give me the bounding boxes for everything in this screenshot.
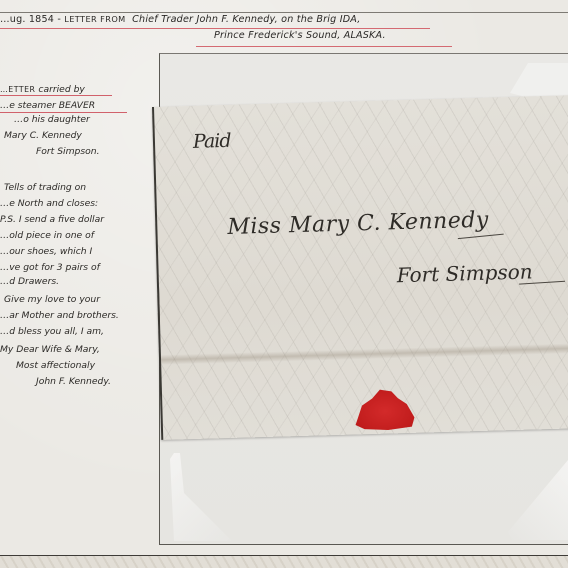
sidebar-line: …o his daughter [14,112,90,128]
sidebar-line: Most affectionaly [16,358,95,374]
sidebar-line: …our shoes, which I [0,244,92,260]
folded-letter-cover: Paid Miss Mary C. Kennedy Fort Simpson [152,95,568,440]
sidebar-line: Tells of trading on [4,180,86,196]
sidebar-line: …d Drawers. [0,274,59,290]
sidebar-line: Fort Simpson. [36,144,100,160]
bottom-strip [0,556,568,568]
sidebar-line: Give my love to your [4,292,100,308]
sidebar-description: …etter carried by …e steamer BEAVER …o h… [0,0,150,568]
sidebar-line: …d bless you all, I am, [0,324,104,340]
sidebar-line: …old piece in one of [0,228,94,244]
addressee: Miss Mary C. Kennedy [227,208,489,240]
sidebar-line: John F. Kennedy. [36,374,111,390]
letter-fold [161,343,568,365]
sidebar-line: Mary C. Kennedy [4,128,82,144]
header-location: Prince Frederick's Sound, ALASKA. [214,30,386,41]
sidebar-line: …ar Mother and brothers. [0,308,119,324]
destination: Fort Simpson [396,259,532,287]
sidebar-underline-2 [0,112,127,113]
rate-marking: Paid [193,130,231,153]
sidebar-line: …e North and closes: [0,196,98,212]
flourish [458,234,504,239]
header-line-2: Prince Frederick's Sound, ALASKA. [214,30,386,41]
album-page: …ug. 1854 - Letter from Chief Trader Joh… [0,0,568,568]
sidebar-underline-1 [0,95,112,96]
header-description: Chief Trader John F. Kennedy, on the Bri… [132,14,360,25]
sidebar-line: My Dear Wife & Mary, [0,342,100,358]
header-underline-2 [196,46,452,47]
sidebar-line: P.S. I send a five dollar [0,212,104,228]
